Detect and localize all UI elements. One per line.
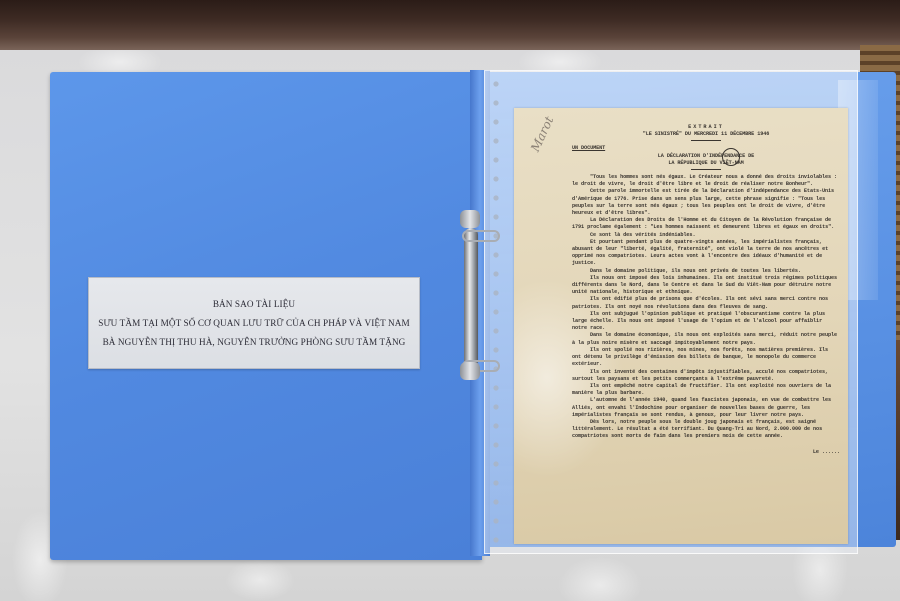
document-text: EXTRAIT "LE SINISTRÉ" DU MERCREDI 11 DÉC… (572, 124, 840, 456)
paragraph: Dès lors, notre peuple sous le double jo… (572, 419, 840, 441)
binder-label: BẢN SAO TÀI LIỆU SƯU TẦM TẠI MỘT SỐ CƠ Q… (88, 277, 420, 369)
paragraph: Ils ont édifié plus de prisons que d'éco… (572, 296, 840, 310)
label-title: BẢN SAO TÀI LIỆU (213, 299, 295, 309)
ring-bar (464, 228, 478, 368)
ring-arm-top (462, 230, 500, 242)
paragraph: La Déclaration des Droits de l'Homme et … (572, 217, 840, 231)
paragraph: Dans le domaine économique, ils nous ont… (572, 332, 840, 346)
document-tag: UN DOCUMENT (572, 145, 840, 152)
binder-ring-mechanism[interactable] (458, 210, 488, 378)
typed-document: Marot EXTRAIT "LE SINISTRÉ" DU MERCREDI … (514, 108, 848, 544)
handwritten-note: Marot (528, 114, 556, 154)
divider (691, 169, 721, 170)
divider (691, 140, 721, 141)
ring-plate-top (460, 210, 480, 228)
document-source: "LE SINISTRÉ" DU MERCREDI 11 DÉCEMBRE 19… (572, 131, 840, 138)
document-title-line1: LA DÉCLARATION D'INDÉPENDANCE DE (572, 153, 840, 160)
sleeve-punch-holes (488, 76, 504, 546)
paragraph: Cette parole immortelle est tirée de la … (572, 188, 840, 217)
paragraph: L'automne de l'année 1940, quand les fas… (572, 397, 840, 419)
paragraph: Dans le domaine politique, ils nous ont … (572, 268, 840, 275)
paragraph: Ils ont inventé des centaines d'impôts i… (572, 369, 840, 383)
paragraph: "Tous les hommes sont nés égaux. Le Créa… (572, 174, 840, 188)
paragraph: Et pourtant pendant plus de quatre-vingt… (572, 239, 840, 268)
wooden-furniture (0, 0, 900, 50)
document-closing: Le ...... (572, 449, 840, 456)
label-donor: BÀ NGUYỄN THỊ THU HÀ, NGUYÊN TRƯỞNG PHÒN… (103, 337, 406, 347)
paragraph: Ils nous ont imposé des lois inhumaines.… (572, 275, 840, 297)
paragraph: Ce sont là des vérités indéniables. (572, 232, 840, 239)
paragraph: Ils ont empêché notre capital de fructif… (572, 383, 840, 397)
ring-plate-bottom (460, 362, 480, 380)
paragraph: Ils ont subjugué l'opinion publique et p… (572, 311, 840, 333)
label-subtitle: SƯU TẦM TẠI MỘT SỐ CƠ QUAN LƯU TRỮ CỦA C… (98, 318, 410, 328)
document-title-line2: LA RÉPUBLIQUE DU VIÊT-NAM (572, 160, 840, 167)
paragraph: Ils ont spolié nos rizières, nos mines, … (572, 347, 840, 369)
